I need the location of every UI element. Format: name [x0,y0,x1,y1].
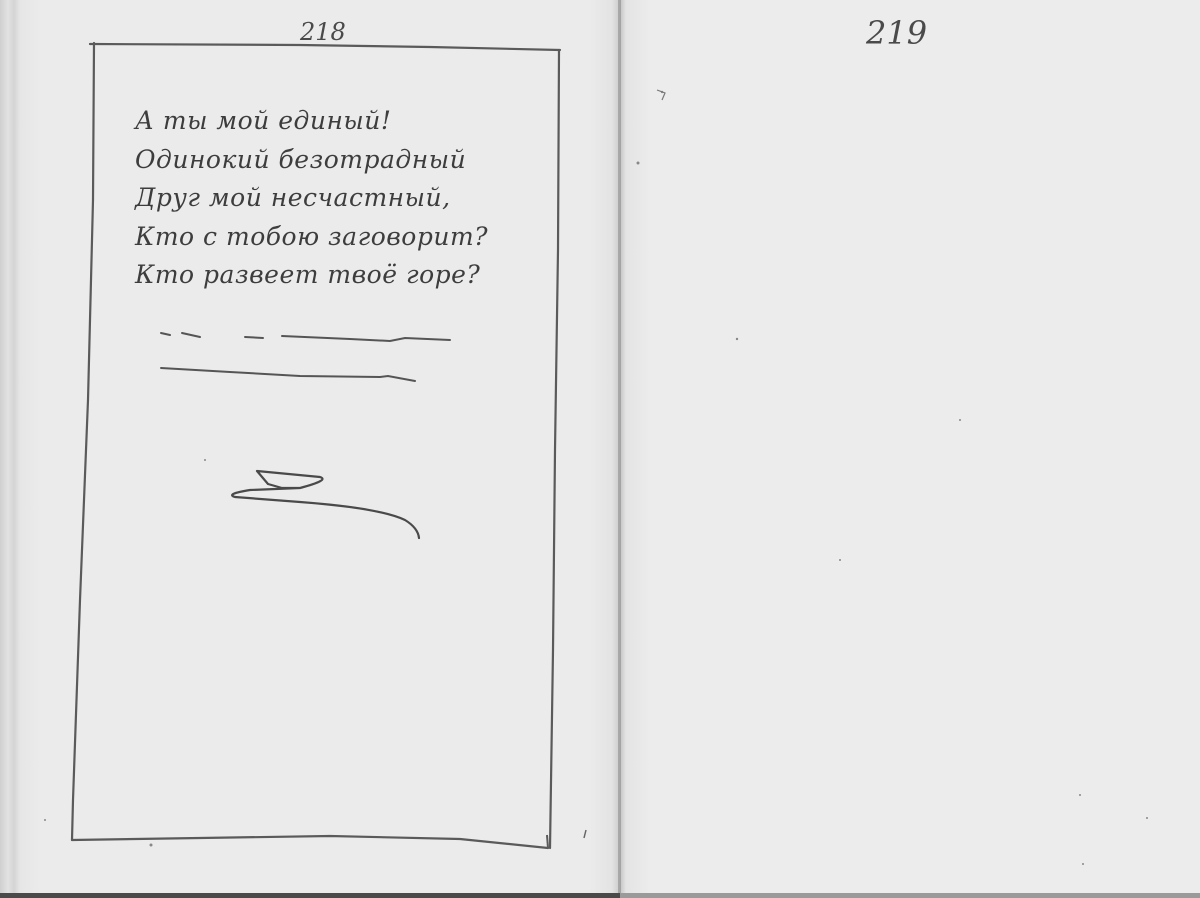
page-bottom-edge-right [620,893,1200,898]
poem-line-2: Одинокий безотрадный [135,141,555,180]
binding-gutter [618,0,621,893]
notebook-spread: 218 219 А ты мой единый! Одинокий безотр… [0,0,1200,898]
page-number-right: 219 [866,14,927,52]
page-number-left: 218 [300,18,346,46]
poem-line-1: А ты мой единый! [135,102,555,141]
poem-line-5: Кто развеет твоё горе? [135,256,555,295]
poem-line-3: Друг мой несчастный, [135,179,555,218]
handwritten-poem: А ты мой единый! Одинокий безотрадный Др… [135,102,555,295]
right-page [620,0,1200,893]
poem-line-4: Кто с тобою заговорит? [135,218,555,257]
